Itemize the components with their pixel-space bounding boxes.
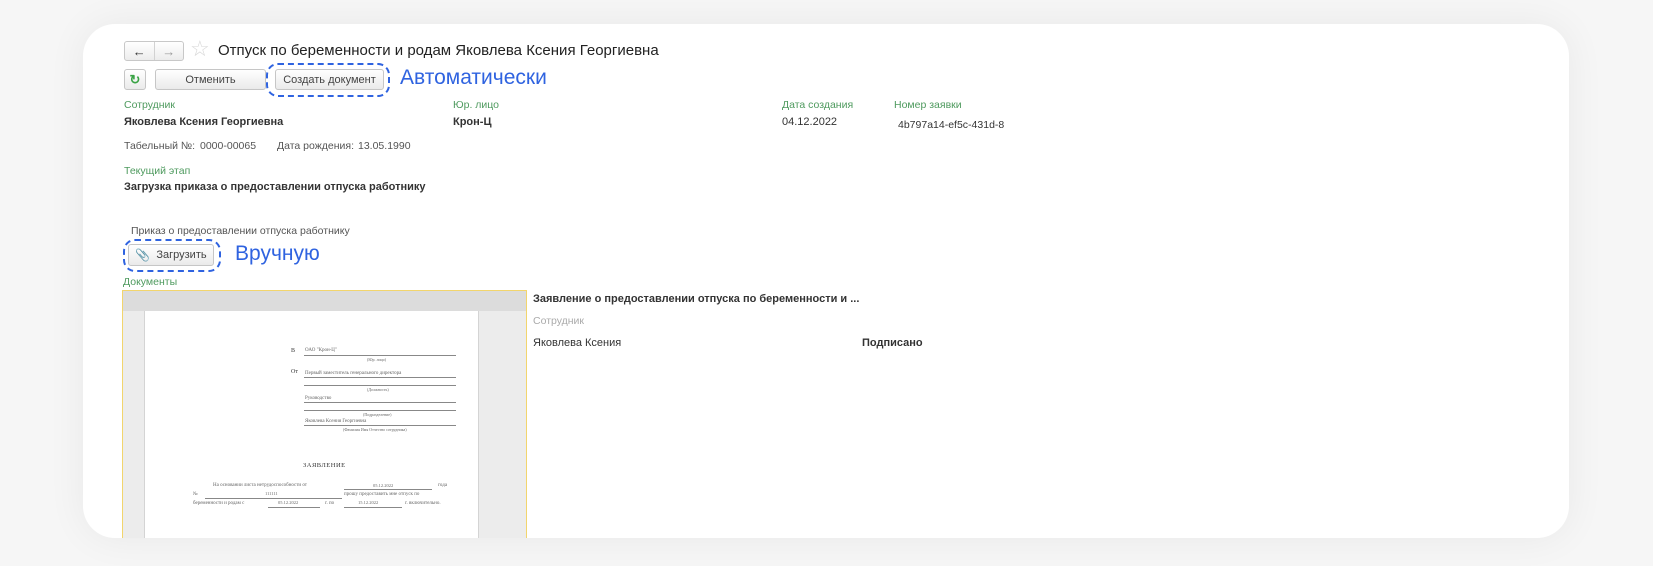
document-title[interactable]: Заявление о предоставлении отпуска по бе… xyxy=(533,293,859,305)
star-icon[interactable]: ☆ xyxy=(190,38,210,60)
forward-arrow-icon[interactable]: → xyxy=(155,42,184,60)
doc-heading: ЗАЯВЛЕНИЕ xyxy=(303,462,346,469)
preview-toolbar-band xyxy=(123,291,526,311)
doc-department-caption: (Подразделение) xyxy=(363,412,391,417)
doc-body-1-date: 05.12.2022 xyxy=(373,483,393,488)
doc-from-prefix: От xyxy=(291,369,298,375)
upload-caption: Приказ о предоставлении отпуска работник… xyxy=(131,225,350,237)
page-title: Отпуск по беременности и родам Яковлева … xyxy=(218,42,659,59)
form-window: ← → ☆ Отпуск по беременности и родам Яко… xyxy=(83,24,1569,538)
tab-number-label: Табельный №: xyxy=(124,140,195,152)
doc-body-2-end: прошу предоставить мне отпуск по xyxy=(344,492,419,497)
doc-body-3-to: 15.12.2022 xyxy=(358,500,378,505)
doc-body-3-from: 05.12.2022 xyxy=(278,500,298,505)
legal-entity-label: Юр. лицо xyxy=(453,99,499,111)
birth-date-value: 13.05.1990 xyxy=(358,140,411,152)
document-status: Подписано xyxy=(862,337,923,349)
stage-label: Текущий этап xyxy=(124,165,190,177)
documents-label: Документы xyxy=(123,276,177,288)
doc-to-prefix: В xyxy=(291,348,295,354)
created-date-label: Дата создания xyxy=(782,99,853,111)
annotation-manual: Вручную xyxy=(235,242,320,266)
highlight-upload xyxy=(123,239,221,272)
request-number-label: Номер заявки xyxy=(894,99,962,111)
doc-employee-caption: (Фамилия Имя Отчество сотрудника) xyxy=(343,427,407,432)
birth-date-label: Дата рождения: xyxy=(277,140,354,152)
refresh-button[interactable]: ↻ xyxy=(124,69,146,90)
doc-body-1-end: года xyxy=(438,483,447,488)
highlight-create-document xyxy=(266,63,390,97)
request-number-value: 4b797a14-ef5c-431d-8 xyxy=(898,119,1004,131)
doc-to-caption: (Юр. лицо) xyxy=(367,357,386,362)
document-signer: Яковлева Ксения xyxy=(533,337,621,349)
refresh-icon: ↻ xyxy=(130,72,141,88)
doc-body-3-end: г. включительно. xyxy=(405,501,441,506)
stage-value: Загрузка приказа о предоставлении отпуск… xyxy=(124,181,426,193)
legal-entity-value[interactable]: Крон-Ц xyxy=(453,116,492,128)
created-date-value: 04.12.2022 xyxy=(782,116,837,128)
doc-body-2-prefix: № xyxy=(193,492,198,497)
doc-body-3-mid: г. по xyxy=(325,501,334,506)
employee-label: Сотрудник xyxy=(124,99,175,111)
annotation-auto: Автоматически xyxy=(400,66,547,90)
doc-employee: Яковлева Ксения Георгиевна xyxy=(305,419,366,424)
employee-value[interactable]: Яковлева Ксения Георгиевна xyxy=(124,116,283,128)
tab-number-value: 0000-00065 xyxy=(200,140,256,152)
document-role-label: Сотрудник xyxy=(533,315,584,327)
doc-from-position: Первый заместитель генерального директор… xyxy=(305,371,401,376)
cancel-button[interactable]: Отменить xyxy=(155,69,266,90)
preview-page: В ОАО "Крон-Ц" (Юр. лицо) От Первый заме… xyxy=(144,311,479,538)
doc-department: Руководство xyxy=(305,396,331,401)
doc-body-3: беременности и родам с xyxy=(193,501,244,506)
nav-buttons: ← → xyxy=(124,41,184,61)
back-arrow-icon[interactable]: ← xyxy=(125,42,155,60)
doc-to-value: ОАО "Крон-Ц" xyxy=(305,348,337,353)
doc-body-2-number: 111111 xyxy=(265,491,278,496)
document-preview[interactable]: В ОАО "Крон-Ц" (Юр. лицо) От Первый заме… xyxy=(122,290,527,538)
doc-position-caption: (Должность) xyxy=(367,387,389,392)
doc-body-1: На основании листа нетрудоспособности от xyxy=(213,483,307,488)
